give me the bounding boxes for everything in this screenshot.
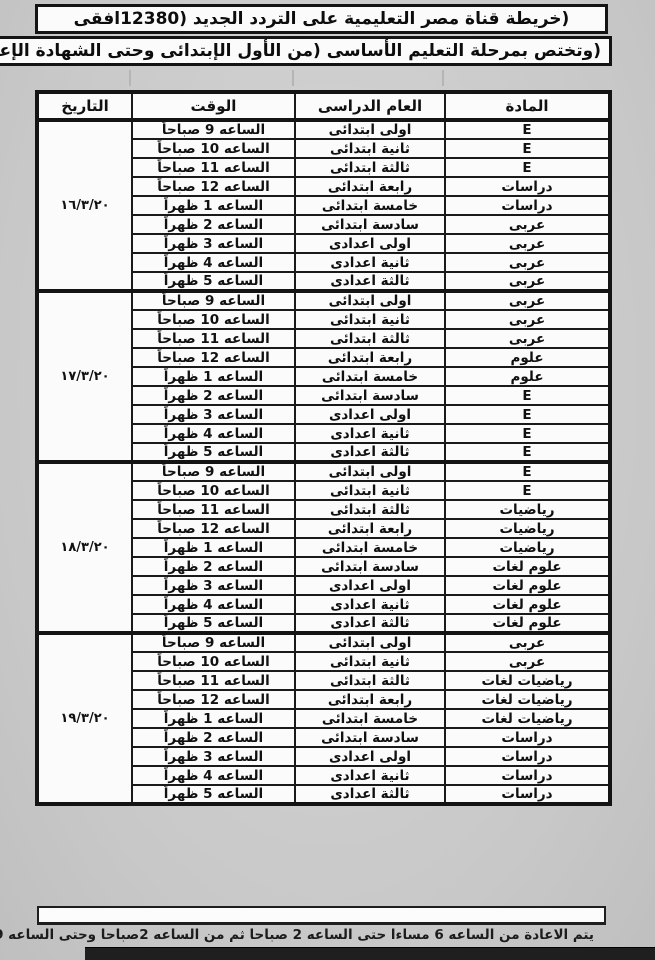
- subject-cell: E: [445, 481, 610, 500]
- time-cell: الساعه 9 صباحاً: [132, 120, 295, 139]
- time-cell: الساعه 3 ظهراً: [132, 405, 295, 424]
- subject-cell: علوم: [445, 348, 610, 367]
- photo-bottom-edge: [85, 947, 655, 960]
- empty-spacer-row: [37, 906, 606, 925]
- date-cell: ١٦/٣/٢٠: [37, 120, 132, 291]
- ghost-gridline: [442, 70, 444, 86]
- grade-cell: اولى ابتدائى: [295, 633, 445, 652]
- time-cell: الساعه 3 ظهراً: [132, 747, 295, 766]
- time-cell: الساعه 12 صباحاً: [132, 348, 295, 367]
- time-cell: الساعه 12 صباحاً: [132, 690, 295, 709]
- schedule-body: ١٦/٣/٢٠الساعه 9 صباحاًاولى ابتدائىEالساع…: [37, 120, 610, 804]
- time-cell: الساعه 4 ظهراً: [132, 424, 295, 443]
- subject-cell: عربى: [445, 310, 610, 329]
- subject-cell: دراسات: [445, 728, 610, 747]
- schedule-table: التاريخ الوقت العام الدراسى المادة ١٦/٣/…: [35, 90, 612, 806]
- grade-cell: اولى اعدادى: [295, 747, 445, 766]
- time-cell: الساعه 9 صباحاً: [132, 633, 295, 652]
- schedule-row: ١٧/٣/٢٠الساعه 9 صباحاًاولى ابتدائىعربى: [37, 291, 610, 310]
- grade-cell: سادسة ابتدائى: [295, 728, 445, 747]
- subject-cell: E: [445, 120, 610, 139]
- time-cell: الساعه 5 ظهراً: [132, 443, 295, 462]
- time-cell: الساعه 2 ظهراً: [132, 386, 295, 405]
- grade-cell: ثانية اعدادى: [295, 253, 445, 272]
- schedule-row: ١٦/٣/٢٠الساعه 9 صباحاًاولى ابتدائىE: [37, 120, 610, 139]
- grade-cell: خامسة ابتدائى: [295, 538, 445, 557]
- time-cell: الساعه 10 صباحاً: [132, 139, 295, 158]
- time-cell: الساعه 5 ظهراً: [132, 785, 295, 804]
- grade-cell: ثانية اعدادى: [295, 424, 445, 443]
- title-banner-line1: (خريطة قناة مصر التعليمية على التردد الج…: [35, 4, 608, 34]
- subject-cell: E: [445, 386, 610, 405]
- rebroadcast-note: يتم الاعادة من الساعه 6 مساءا حتى الساعه…: [0, 927, 612, 947]
- time-cell: الساعه 11 صباحاً: [132, 158, 295, 177]
- grade-cell: ثانية اعدادى: [295, 766, 445, 785]
- time-cell: الساعه 4 ظهراً: [132, 253, 295, 272]
- time-cell: الساعه 9 صباحاً: [132, 462, 295, 481]
- subject-cell: E: [445, 405, 610, 424]
- subject-cell: E: [445, 462, 610, 481]
- schedule-row: ١٩/٣/٢٠الساعه 9 صباحاًاولى ابتدائىعربى: [37, 633, 610, 652]
- time-cell: الساعه 2 ظهراً: [132, 728, 295, 747]
- grade-cell: سادسة ابتدائى: [295, 557, 445, 576]
- grade-cell: خامسة ابتدائى: [295, 709, 445, 728]
- time-cell: الساعه 11 صباحاً: [132, 500, 295, 519]
- title-line2-text: (وتختص بمرحلة التعليم الأساسى (من الأول …: [0, 41, 609, 61]
- grade-cell: ثالثة اعدادى: [295, 614, 445, 633]
- subject-cell: رياضيات: [445, 519, 610, 538]
- time-cell: الساعه 10 صباحاً: [132, 310, 295, 329]
- date-cell: ١٩/٣/٢٠: [37, 633, 132, 804]
- subject-cell: عربى: [445, 291, 610, 310]
- grade-cell: اولى ابتدائى: [295, 291, 445, 310]
- grade-cell: اولى اعدادى: [295, 234, 445, 253]
- time-cell: الساعه 10 صباحاً: [132, 652, 295, 671]
- time-cell: الساعه 4 ظهراً: [132, 595, 295, 614]
- grade-cell: اولى اعدادى: [295, 405, 445, 424]
- time-cell: الساعه 3 ظهراً: [132, 576, 295, 595]
- ghost-gridline: [129, 70, 131, 86]
- grade-cell: ثالثة اعدادى: [295, 443, 445, 462]
- grade-cell: اولى ابتدائى: [295, 120, 445, 139]
- grade-cell: رابعة ابتدائى: [295, 690, 445, 709]
- grade-cell: ثالثة اعدادى: [295, 785, 445, 804]
- subject-cell: دراسات: [445, 766, 610, 785]
- grade-cell: ثالثة اعدادى: [295, 272, 445, 291]
- time-cell: الساعه 4 ظهراً: [132, 766, 295, 785]
- time-cell: الساعه 5 ظهراً: [132, 614, 295, 633]
- grade-cell: ثالثة ابتدائى: [295, 329, 445, 348]
- subject-cell: عربى: [445, 329, 610, 348]
- subject-cell: رياضيات لغات: [445, 671, 610, 690]
- subject-cell: دراسات: [445, 196, 610, 215]
- subject-cell: عربى: [445, 652, 610, 671]
- column-header-date: التاريخ: [37, 92, 132, 120]
- subject-cell: عربى: [445, 215, 610, 234]
- subject-cell: دراسات: [445, 177, 610, 196]
- grade-cell: سادسة ابتدائى: [295, 215, 445, 234]
- time-cell: الساعه 2 ظهراً: [132, 557, 295, 576]
- subject-cell: علوم: [445, 367, 610, 386]
- grade-cell: خامسة ابتدائى: [295, 196, 445, 215]
- time-cell: الساعه 10 صباحاً: [132, 481, 295, 500]
- column-header-subject: المادة: [445, 92, 610, 120]
- grade-cell: ثالثة ابتدائى: [295, 671, 445, 690]
- subject-cell: علوم لغات: [445, 614, 610, 633]
- subject-cell: علوم لغات: [445, 576, 610, 595]
- subject-cell: دراسات: [445, 785, 610, 804]
- grade-cell: اولى ابتدائى: [295, 462, 445, 481]
- ghost-gridline: [292, 70, 294, 86]
- subject-cell: عربى: [445, 633, 610, 652]
- grade-cell: ثانية ابتدائى: [295, 139, 445, 158]
- time-cell: الساعه 2 ظهراً: [132, 215, 295, 234]
- subject-cell: E: [445, 158, 610, 177]
- subject-cell: E: [445, 443, 610, 462]
- time-cell: الساعه 1 ظهراً: [132, 196, 295, 215]
- column-header-grade: العام الدراسى: [295, 92, 445, 120]
- grade-cell: ثالثة ابتدائى: [295, 158, 445, 177]
- schedule-header-row: التاريخ الوقت العام الدراسى المادة: [37, 92, 610, 120]
- time-cell: الساعه 3 ظهراً: [132, 234, 295, 253]
- grade-cell: ثانية ابتدائى: [295, 652, 445, 671]
- subject-cell: رياضيات لغات: [445, 690, 610, 709]
- grade-cell: اولى اعدادى: [295, 576, 445, 595]
- schedule-row: ١٨/٣/٢٠الساعه 9 صباحاًاولى ابتدائىE: [37, 462, 610, 481]
- title-line1-text: (خريطة قناة مصر التعليمية على التردد الج…: [38, 9, 605, 29]
- time-cell: الساعه 12 صباحاً: [132, 177, 295, 196]
- subject-cell: عربى: [445, 272, 610, 291]
- subject-cell: رياضيات: [445, 500, 610, 519]
- grade-cell: خامسة ابتدائى: [295, 367, 445, 386]
- time-cell: الساعه 5 ظهراً: [132, 272, 295, 291]
- subject-cell: E: [445, 139, 610, 158]
- subject-cell: عربى: [445, 234, 610, 253]
- grade-cell: ثالثة ابتدائى: [295, 500, 445, 519]
- time-cell: الساعه 1 ظهراً: [132, 538, 295, 557]
- time-cell: الساعه 1 ظهراً: [132, 367, 295, 386]
- time-cell: الساعه 1 ظهراً: [132, 709, 295, 728]
- grade-cell: رابعة ابتدائى: [295, 177, 445, 196]
- time-cell: الساعه 11 صباحاً: [132, 329, 295, 348]
- title-banner-line2: (وتختص بمرحلة التعليم الأساسى (من الأول …: [0, 36, 612, 66]
- subject-cell: علوم لغات: [445, 557, 610, 576]
- grade-cell: ثانية اعدادى: [295, 595, 445, 614]
- subject-cell: دراسات: [445, 747, 610, 766]
- subject-cell: رياضيات لغات: [445, 709, 610, 728]
- subject-cell: علوم لغات: [445, 595, 610, 614]
- column-header-time: الوقت: [132, 92, 295, 120]
- subject-cell: عربى: [445, 253, 610, 272]
- grade-cell: رابعة ابتدائى: [295, 519, 445, 538]
- time-cell: الساعه 12 صباحاً: [132, 519, 295, 538]
- date-cell: ١٨/٣/٢٠: [37, 462, 132, 633]
- subject-cell: E: [445, 424, 610, 443]
- grade-cell: ثانية ابتدائى: [295, 481, 445, 500]
- time-cell: الساعه 11 صباحاً: [132, 671, 295, 690]
- grade-cell: ثانية ابتدائى: [295, 310, 445, 329]
- time-cell: الساعه 9 صباحاً: [132, 291, 295, 310]
- grade-cell: رابعة ابتدائى: [295, 348, 445, 367]
- subject-cell: رياضيات: [445, 538, 610, 557]
- grade-cell: سادسة ابتدائى: [295, 386, 445, 405]
- date-cell: ١٧/٣/٢٠: [37, 291, 132, 462]
